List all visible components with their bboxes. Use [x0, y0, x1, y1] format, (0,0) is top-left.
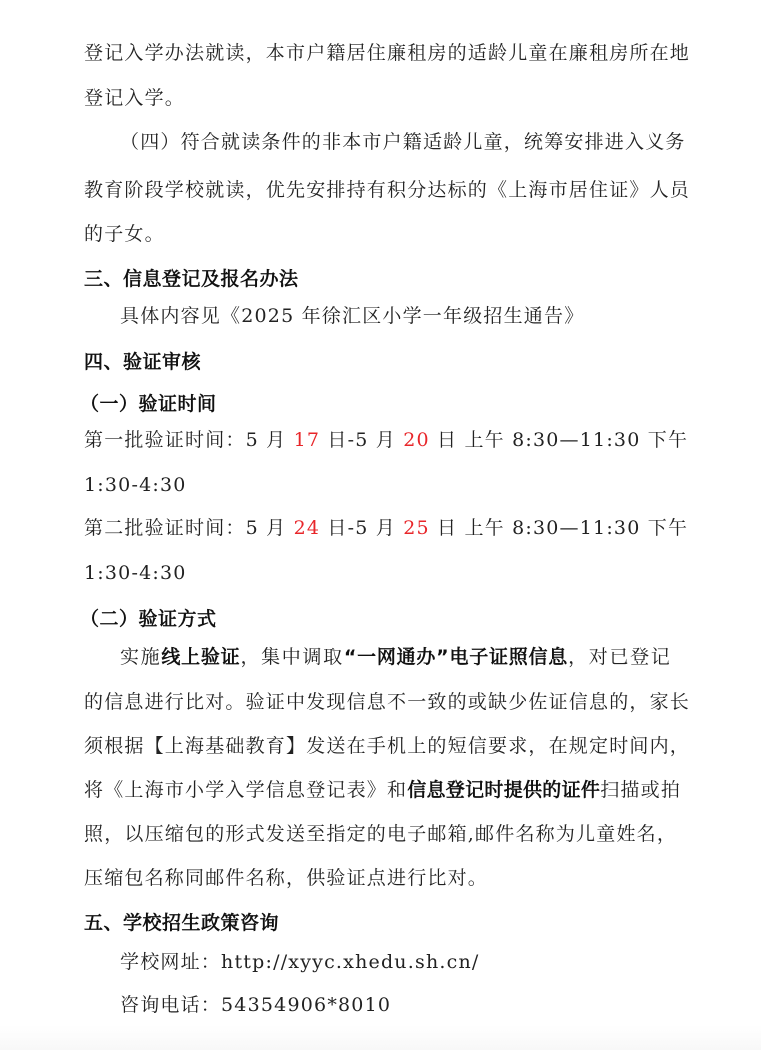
batch-afternoon: 1:30-4:30 — [84, 473, 671, 497]
text: 实施 — [120, 646, 161, 668]
batch-mid: 日-5 月 — [320, 517, 403, 539]
item-four-line: （四）符合就读条件的非本市户籍适龄儿童，统筹安排进入义务 — [120, 130, 671, 154]
method-line: 的信息进行比对。验证中发现信息不一致的或缺少佐证信息的，家长 — [84, 690, 671, 714]
website-label: 学校网址： — [120, 951, 221, 973]
phone-number: 54354906*8010 — [221, 994, 391, 1016]
method-line: 照，以压缩包的形式发送至指定的电子邮箱,邮件名称为儿童姓名， — [84, 822, 671, 846]
section-heading: 五、学校招生政策咨询 — [84, 911, 671, 935]
batch-label: 第二批验证时间：5 月 — [84, 517, 294, 539]
method-line: 实施线上验证，集中调取“一网通办”电子证照信息，对已登记 — [120, 645, 671, 669]
paragraph-line: 登记入学。 — [84, 86, 671, 110]
section-body: 具体内容见《2025 年徐汇区小学一年级招生通告》 — [120, 304, 671, 328]
batch-times: 日 上午 8:30—11:30 下午 — [430, 429, 688, 451]
verification-batch-1: 第一批验证时间：5 月 17 日-5 月 20 日 上午 8:30—11:30 … — [84, 428, 671, 452]
verification-batch-2: 第二批验证时间：5 月 24 日-5 月 25 日 上午 8:30—11:30 … — [84, 516, 671, 540]
method-line: 将《上海市小学入学信息登记表》和信息登记时提供的证件扫描或拍 — [84, 778, 671, 802]
text: 扫描或拍 — [600, 779, 681, 801]
phone-line: 咨询电话：54354906*8010 — [120, 993, 671, 1017]
bold-text: “一网通办”电子证照信息 — [344, 646, 568, 668]
text: ，对已登记 — [568, 646, 671, 668]
bold-text: 信息登记时提供的证件 — [407, 779, 600, 801]
item-four-line: 的子女。 — [84, 222, 671, 246]
batch-times: 日 上午 8:30—11:30 下午 — [430, 517, 688, 539]
text: 将《上海市小学入学信息登记表》和 — [84, 779, 407, 801]
section-heading: 三、信息登记及报名办法 — [84, 267, 671, 291]
batch-afternoon: 1:30-4:30 — [84, 561, 671, 585]
phone-label: 咨询电话： — [120, 994, 221, 1016]
document-page: 登记入学办法就读，本市户籍居住廉租房的适龄儿童在廉租房所在地 登记入学。 （四）… — [0, 0, 761, 1050]
batch-label: 第一批验证时间：5 月 — [84, 429, 294, 451]
item-four-line: 教育阶段学校就读，优先安排持有积分达标的《上海市居住证》人员 — [84, 178, 671, 202]
website-line: 学校网址：http://xyyc.xhedu.sh.cn/ — [120, 950, 671, 974]
paragraph-line: 登记入学办法就读，本市户籍居住廉租房的适龄儿童在廉租房所在地 — [84, 41, 671, 65]
end-day: 20 — [403, 429, 430, 451]
subsection-heading: （二）验证方式 — [80, 607, 671, 631]
bold-text: 线上验证 — [161, 646, 240, 668]
website-link[interactable]: http://xyyc.xhedu.sh.cn/ — [221, 951, 479, 973]
method-line: 须根据【上海基础教育】发送在手机上的短信要求，在规定时间内， — [84, 734, 671, 758]
batch-mid: 日-5 月 — [320, 429, 403, 451]
start-day: 24 — [294, 517, 321, 539]
start-day: 17 — [294, 429, 321, 451]
subsection-heading: （一）验证时间 — [80, 392, 671, 416]
method-line: 压缩包名称同邮件名称，供验证点进行比对。 — [84, 866, 671, 890]
end-day: 25 — [403, 517, 430, 539]
section-heading: 四、验证审核 — [84, 350, 671, 374]
text: ，集中调取 — [240, 646, 343, 668]
